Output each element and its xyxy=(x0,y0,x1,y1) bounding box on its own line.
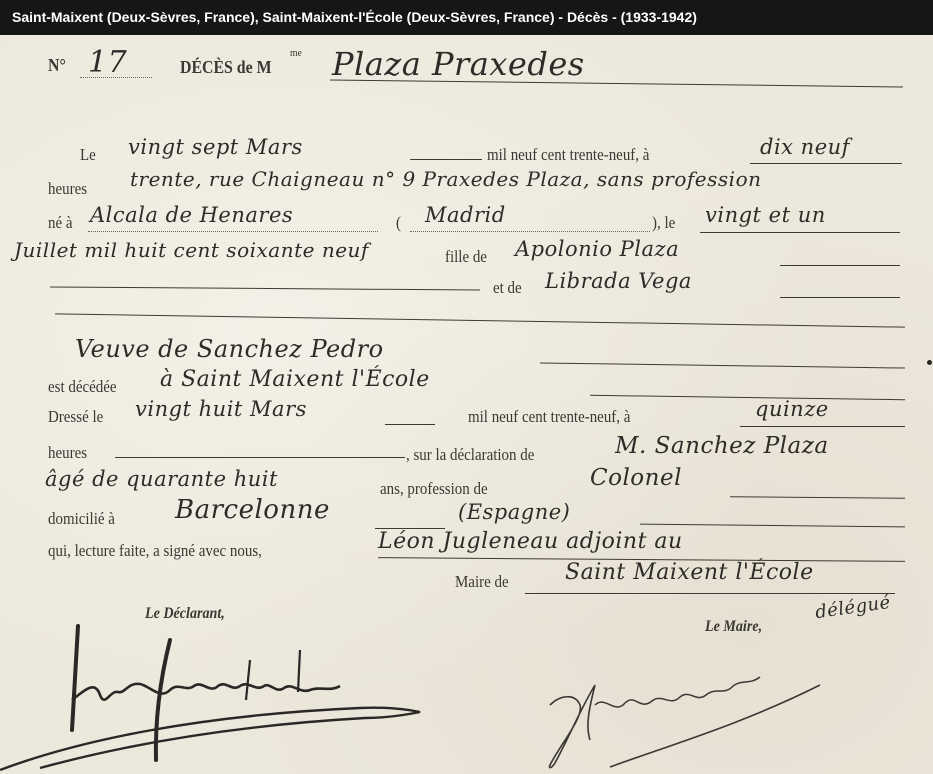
heures-rule xyxy=(115,457,405,458)
dresse-hour-rule xyxy=(740,426,905,427)
province: Madrid xyxy=(425,203,506,227)
ans-profession-label: ans, profession de xyxy=(380,479,488,499)
dresse-date-rule xyxy=(385,424,435,425)
open-paren: ( xyxy=(396,213,401,233)
blank-rule xyxy=(50,286,480,290)
officer-name: Léon Jugleneau adjoint au xyxy=(378,529,683,554)
father-name: Apolonio Plaza xyxy=(515,237,679,261)
page-mark xyxy=(927,360,932,365)
commune-rule xyxy=(525,593,895,594)
address-text: trente, rue Chaigneau n° 9 Praxedes Plaz… xyxy=(130,167,762,191)
number-label: N° xyxy=(48,55,66,76)
domicilie-label: domicilié à xyxy=(48,509,115,529)
domicile-city: Barcelonne xyxy=(175,495,330,525)
deces-label: DÉCÈS de M xyxy=(180,57,272,78)
record-number: 17 xyxy=(88,45,127,80)
birthplace: Alcala de Henares xyxy=(90,203,293,227)
ne-a-label: né à xyxy=(48,213,73,233)
birth-day: vingt et un xyxy=(705,203,826,227)
fille-de-label: fille de xyxy=(445,247,487,267)
mother-rule xyxy=(780,297,900,298)
maire-de-label: Maire de xyxy=(455,572,509,592)
death-hour: dix neuf xyxy=(760,135,850,159)
scanned-record-image[interactable]: N° 17 DÉCÈS de M me Plaza Praxedes Le vi… xyxy=(0,35,933,774)
signe-label: qui, lecture faite, a signé avec nous, xyxy=(48,541,262,561)
birth-day-rule xyxy=(700,232,900,233)
spouse-top-rule xyxy=(55,313,905,327)
domicile-country: (Espagne) xyxy=(458,500,570,524)
name-rule xyxy=(330,79,903,87)
declarant-name: M. Sanchez Plaza xyxy=(615,433,829,459)
heures-label: heures xyxy=(48,179,87,199)
maire-label: Le Maire, xyxy=(705,618,762,636)
heures-label-2: heures xyxy=(48,443,87,463)
est-decedee-label: est décédée xyxy=(48,377,117,397)
death-date: vingt sept Mars xyxy=(128,135,303,159)
spouse: Veuve de Sanchez Pedro xyxy=(75,335,384,363)
date-rule xyxy=(410,159,482,160)
dresse-le-label: Dressé le xyxy=(48,407,103,427)
death-place: à Saint Maixent l'École xyxy=(160,367,430,392)
dresse-date: vingt huit Mars xyxy=(135,397,307,421)
maire-commune: Saint Maixent l'École xyxy=(565,560,814,585)
title-superscript: me xyxy=(290,47,302,59)
profession: Colonel xyxy=(590,465,682,491)
declarant-signature: Pedro Sanchez Plaza xyxy=(0,620,440,774)
spouse-rule xyxy=(540,362,905,368)
dresse-hour: quinze xyxy=(755,397,829,421)
father-rule xyxy=(780,265,900,266)
delegue-note: délégué xyxy=(814,592,892,623)
mother-name: Librada Vega xyxy=(545,269,692,293)
declaration-label: , sur la déclaration de xyxy=(406,445,534,465)
place-rule xyxy=(590,395,905,400)
birthplace-rule xyxy=(88,231,378,232)
declarant-age: âgé de quarante huit xyxy=(45,467,278,491)
document-title-bar: Saint-Maixent (Deux-Sèvres, France), Sai… xyxy=(0,0,933,35)
deceased-name: Plaza Praxedes xyxy=(332,45,585,83)
le-label: Le xyxy=(80,145,96,165)
hour-rule xyxy=(750,163,902,164)
country-rule xyxy=(640,524,905,528)
maire-signature: L. Jugleneau xyxy=(520,665,840,774)
dresse-year-text: mil neuf cent trente-neuf, à xyxy=(468,407,630,427)
document-title: Saint-Maixent (Deux-Sèvres, France), Sai… xyxy=(12,9,697,25)
number-rule xyxy=(80,77,152,78)
le-birth-label: ), le xyxy=(652,213,675,233)
province-rule xyxy=(410,231,650,232)
et-de-label: et de xyxy=(493,278,522,298)
year-text: mil neuf cent trente-neuf, à xyxy=(487,145,649,165)
profession-rule xyxy=(730,496,905,499)
birth-rest: Juillet mil huit cent soixante neuf xyxy=(14,238,369,262)
